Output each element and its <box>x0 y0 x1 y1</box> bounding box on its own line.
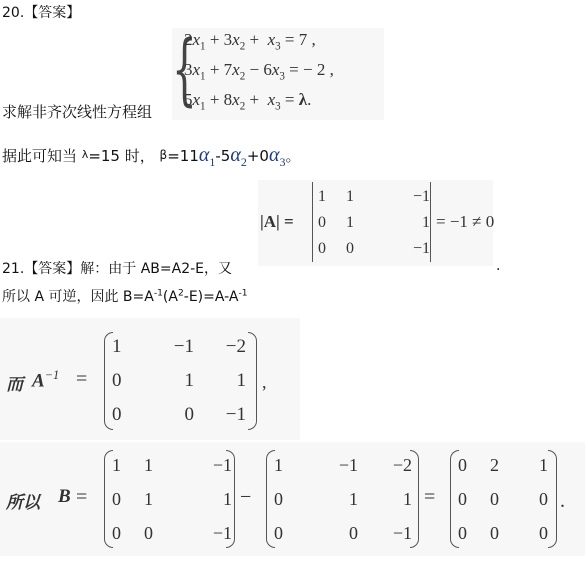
paren-right <box>248 332 257 430</box>
matrix-b: 021 000 000 <box>458 448 548 550</box>
equation-row-1: 2x1 + 3x2 + x3 = 7 , <box>184 30 316 52</box>
b-computation-block: 所以 B = 11−1 011 00−1 − 1−1−2 011 00−1 = … <box>0 442 585 556</box>
paren-right <box>226 450 235 548</box>
paren-right <box>410 450 419 548</box>
equation-system: { 2x1 + 3x2 + x3 = 7 , 3x1 + 7x2 − 6x3 =… <box>172 28 384 120</box>
q21-heading: 21.【答案】解：由于 AB=A2-E，又 <box>2 258 232 278</box>
q21-heading-end: . <box>496 258 500 274</box>
paren-right <box>548 450 557 548</box>
inverse-block: 而 A−1 = 1−1−2 011 00−1 , <box>0 318 300 440</box>
equation-row-2: 3x1 + 7x2 − 6x3 = − 2 , <box>184 60 334 82</box>
matrix-a-inverse: 1−1−2 011 00−1 <box>274 448 412 550</box>
det-bar-right <box>430 182 431 262</box>
det-bar-left <box>312 182 313 262</box>
q21-line2: 所以 A 可逆，因此 B=A-1(A2-E)=A-A-1 <box>2 286 248 306</box>
matrix-a: 11−1 011 00−1 <box>112 448 232 550</box>
determinant-block: |A| = 11−1 011 00−1 = −1 ≠ 0 <box>258 180 493 266</box>
q20-conclusion: 据此可知当 λ=15 时， β=11α1-5α2+0α3。 <box>2 144 300 170</box>
equation-row-3: 5x1 + 8x2 + x3 = λ. <box>184 90 311 112</box>
q20-heading: 20.【答案】 <box>2 2 80 22</box>
inverse-matrix: 1−1−2 011 00−1 <box>112 330 246 432</box>
q20-intro: 求解非齐次线性方程组 <box>2 101 152 122</box>
det-matrix: 11−1 011 00−1 <box>318 184 430 262</box>
